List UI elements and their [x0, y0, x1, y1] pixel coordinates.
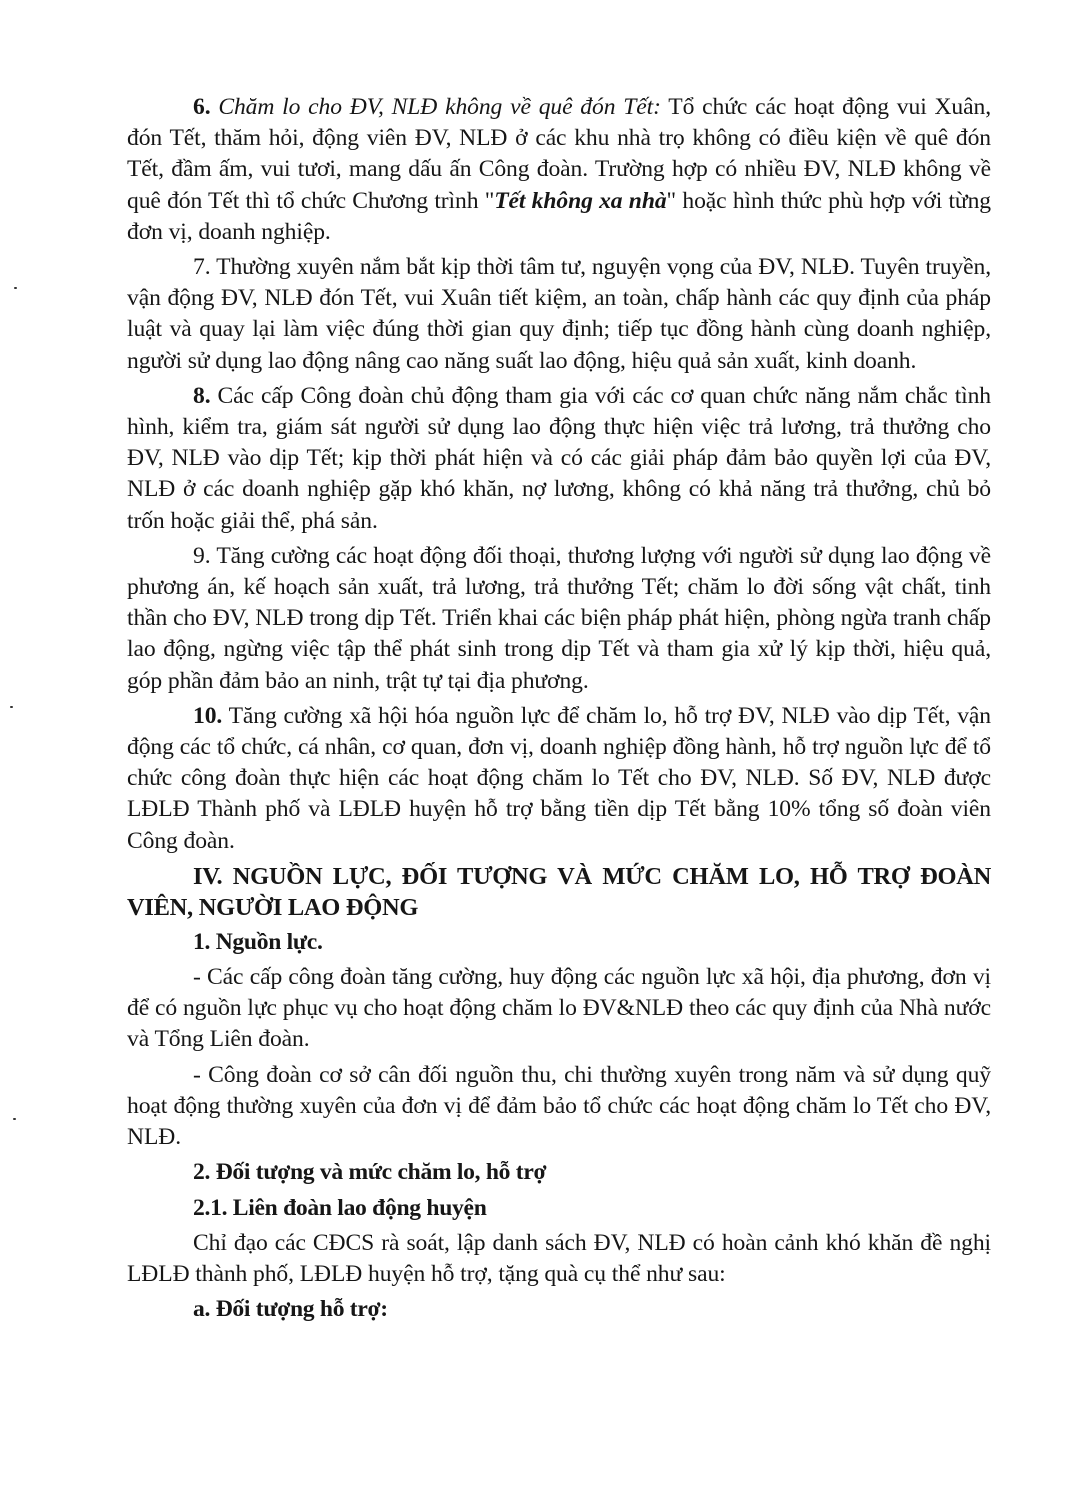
program-name: Tết không xa nhà: [494, 188, 666, 214]
paragraph-item-8: 8. Các cấp Công đoàn chủ động tham gia v…: [127, 381, 991, 537]
scan-speck: [14, 287, 17, 289]
subsection-1-heading: 1. Nguồn lực.: [127, 927, 991, 958]
subsection-a-heading: a. Đối tượng hỗ trợ:: [127, 1294, 991, 1325]
subsection-2-1-text: Chỉ đạo các CĐCS rà soát, lập danh sách …: [127, 1228, 991, 1290]
item-number: 7.: [193, 254, 211, 280]
item-text: Các cấp Công đoàn chủ động tham gia với …: [127, 383, 991, 534]
item-number: 9.: [193, 543, 211, 569]
scan-speck: [13, 1118, 16, 1120]
item-number: 10.: [193, 703, 222, 729]
resource-bullet-1: - Các cấp công đoàn tăng cường, huy động…: [127, 962, 991, 1056]
item-text: Tăng cường xã hội hóa nguồn lực để chăm …: [127, 703, 991, 854]
item-text: Thường xuyên nắm bắt kịp thời tâm tư, ng…: [127, 254, 991, 374]
resource-bullet-2: - Công đoàn cơ sở cân đối nguồn thu, chi…: [127, 1060, 991, 1154]
paragraph-item-7: 7. Thường xuyên nắm bắt kịp thời tâm tư,…: [127, 252, 991, 377]
paragraph-item-6: 6. Chăm lo cho ĐV, NLĐ không về quê đón …: [127, 92, 991, 248]
scan-speck: [10, 706, 13, 708]
paragraph-item-10: 10. Tăng cường xã hội hóa nguồn lực để c…: [127, 701, 991, 857]
paragraph-item-9: 9. Tăng cường các hoạt động đối thoại, t…: [127, 541, 991, 697]
item-text: Tăng cường các hoạt động đối thoại, thươ…: [127, 543, 991, 694]
item-number: 8.: [193, 383, 211, 409]
item-italic-lead: Chăm lo cho ĐV, NLĐ không về quê đón Tết…: [211, 94, 661, 120]
subsection-2-1-heading: 2.1. Liên đoàn lao động huyện: [127, 1193, 991, 1224]
document-page: 6. Chăm lo cho ĐV, NLĐ không về quê đón …: [127, 92, 991, 1329]
subsection-2-heading: 2. Đối tượng và mức chăm lo, hỗ trợ: [127, 1157, 991, 1188]
item-number: 6.: [193, 94, 211, 120]
section-iv-heading: IV. NGUỒN LỰC, ĐỐI TƯỢNG VÀ MỨC CHĂM LO,…: [127, 861, 991, 923]
